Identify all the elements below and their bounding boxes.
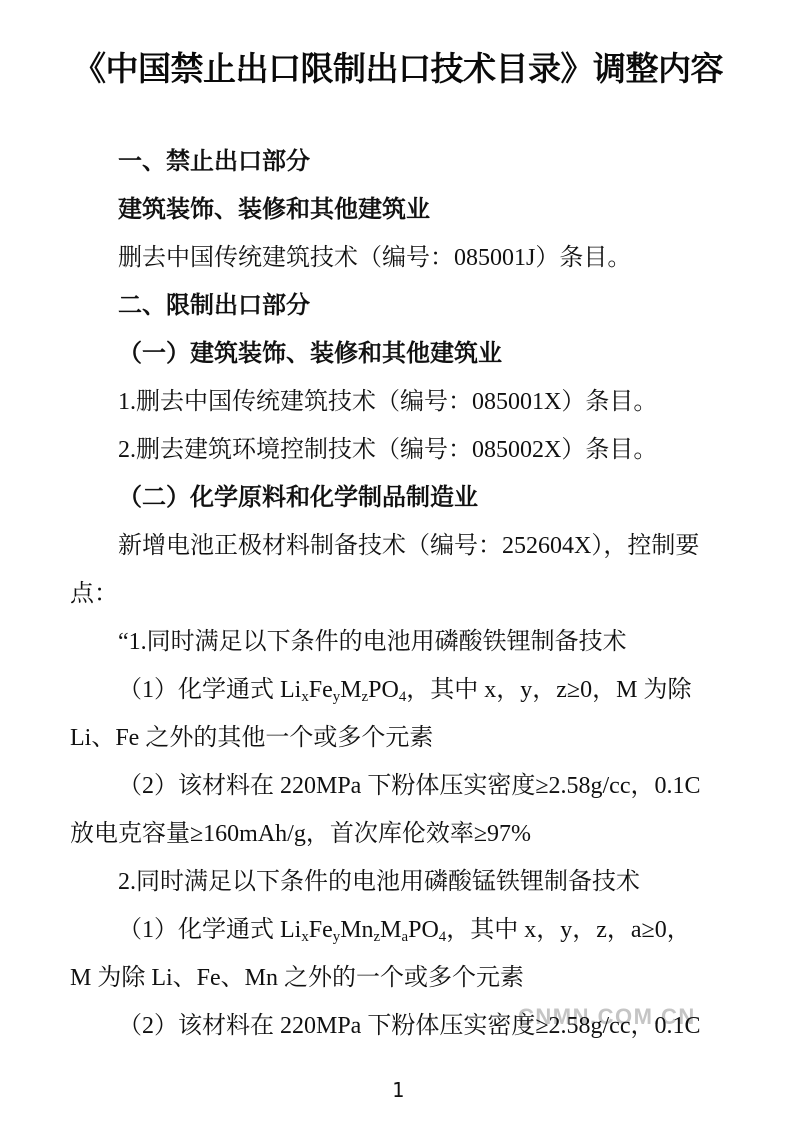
- text-run: M: [340, 677, 361, 703]
- text-line: 二、限制出口部分: [70, 282, 738, 330]
- text-line: M 为除 Li、Fe、Mn 之外的一个或多个元素: [70, 954, 738, 1002]
- text-run: （2）该材料在 220MPa 下粉体压实密度≥2.58g/cc，0.1C: [118, 773, 701, 799]
- text-line: 点：: [70, 570, 738, 618]
- text-run: （1）化学通式 Li: [118, 677, 301, 703]
- text-run: PO: [368, 677, 399, 703]
- text-line: 删去中国传统建筑技术（编号：085001J）条目。: [70, 234, 738, 282]
- text-run: M: [380, 917, 401, 943]
- text-run: Fe: [309, 917, 333, 943]
- text-run: “1.同时满足以下条件的电池用磷酸铁锂制备技术: [118, 629, 627, 655]
- formula-subscript: y: [333, 929, 340, 945]
- text-run: （一）建筑装饰、装修和其他建筑业: [118, 341, 502, 367]
- formula-subscript: 4: [399, 689, 406, 705]
- text-run: 二、限制出口部分: [118, 292, 310, 319]
- text-line: 2.同时满足以下条件的电池用磷酸锰铁锂制备技术: [70, 858, 738, 906]
- text-run: ，其中 x，y，z，a≥0，: [446, 917, 690, 943]
- text-run: 建筑装饰、装修和其他建筑业: [118, 197, 430, 223]
- document-page: 《中国禁止出口限制出口技术目录》调整内容 一、禁止出口部分建筑装饰、装修和其他建…: [0, 0, 796, 1137]
- text-run: 一、禁止出口部分: [118, 148, 310, 175]
- text-run: Li、Fe 之外的其他一个或多个元素: [70, 725, 433, 751]
- text-line: 一、禁止出口部分: [70, 138, 738, 186]
- text-run: 新增电池正极材料制备技术（编号：252604X），控制要: [118, 533, 699, 559]
- text-line: （二）化学原料和化学制品制造业: [70, 474, 738, 522]
- formula-subscript: x: [301, 689, 308, 705]
- document-title: 《中国禁止出口限制出口技术目录》调整内容: [0, 0, 796, 93]
- formula-subscript: y: [333, 689, 340, 705]
- text-line: （2）该材料在 220MPa 下粉体压实密度≥2.58g/cc，0.1C: [70, 762, 738, 810]
- page-number: 1: [0, 1078, 796, 1102]
- text-line: 新增电池正极材料制备技术（编号：252604X），控制要: [70, 522, 738, 570]
- text-line: 1.删去中国传统建筑技术（编号：085001X）条目。: [70, 378, 738, 426]
- text-run: 1.删去中国传统建筑技术（编号：085001X）条目。: [118, 389, 657, 415]
- text-run: M 为除 Li、Fe、Mn 之外的一个或多个元素: [70, 965, 524, 991]
- text-line: 放电克容量≥160mAh/g，首次库伦效率≥97%: [70, 810, 738, 858]
- text-run: Fe: [309, 677, 333, 703]
- formula-subscript: a: [402, 929, 409, 945]
- text-run: Mn: [340, 917, 373, 943]
- formula-subscript: 4: [439, 929, 446, 945]
- formula-subscript: z: [374, 929, 381, 945]
- text-line: 建筑装饰、装修和其他建筑业: [70, 186, 738, 234]
- text-line: Li、Fe 之外的其他一个或多个元素: [70, 714, 738, 762]
- text-run: 点：: [70, 581, 118, 607]
- formula-subscript: z: [362, 689, 369, 705]
- text-line: （2）该材料在 220MPa 下粉体压实密度≥2.58g/cc，0.1C: [70, 1002, 738, 1050]
- text-run: 放电克容量≥160mAh/g，首次库伦效率≥97%: [70, 821, 531, 847]
- text-line: 2.删去建筑环境控制技术（编号：085002X）条目。: [70, 426, 738, 474]
- text-run: 2.删去建筑环境控制技术（编号：085002X）条目。: [118, 437, 657, 463]
- text-run: 2.同时满足以下条件的电池用磷酸锰铁锂制备技术: [118, 869, 640, 895]
- text-run: （2）该材料在 220MPa 下粉体压实密度≥2.58g/cc，0.1C: [118, 1013, 701, 1039]
- formula-subscript: x: [301, 929, 308, 945]
- document-body: 一、禁止出口部分建筑装饰、装修和其他建筑业删去中国传统建筑技术（编号：08500…: [70, 138, 738, 1050]
- text-run: （1）化学通式 Li: [118, 917, 301, 943]
- text-line: “1.同时满足以下条件的电池用磷酸铁锂制备技术: [70, 618, 738, 666]
- text-line: （1）化学通式 LixFeyMzPO4，其中 x，y，z≥0，M 为除: [70, 666, 738, 714]
- text-run: （二）化学原料和化学制品制造业: [118, 485, 478, 511]
- text-line: （一）建筑装饰、装修和其他建筑业: [70, 330, 738, 378]
- text-run: ，其中 x，y，z≥0，M 为除: [406, 677, 691, 703]
- text-run: 删去中国传统建筑技术（编号：085001J）条目。: [118, 245, 631, 271]
- text-run: PO: [408, 917, 439, 943]
- text-line: （1）化学通式 LixFeyMnzMaPO4，其中 x，y，z，a≥0，: [70, 906, 738, 954]
